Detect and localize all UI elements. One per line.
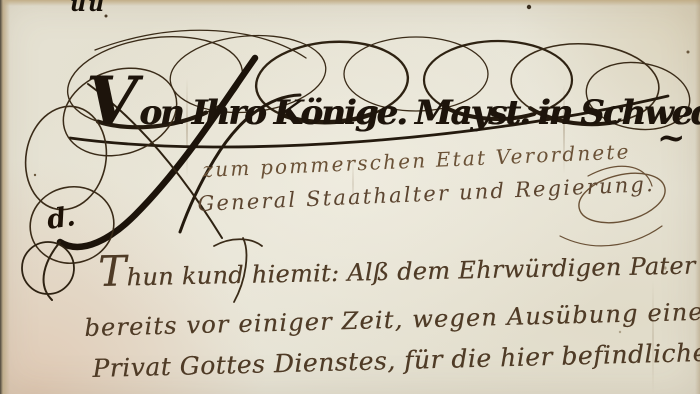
document-title: Von Ihro Könige. Mayst. in Schweden xyxy=(86,96,700,130)
margin-mark: d. xyxy=(45,201,77,236)
archival-mark: uu xyxy=(70,0,106,17)
manuscript-page: uu Von Ihro Könige. Mayst. in Schweden ~… xyxy=(0,0,700,394)
title-line-filler-mark: ~ xyxy=(657,118,686,158)
